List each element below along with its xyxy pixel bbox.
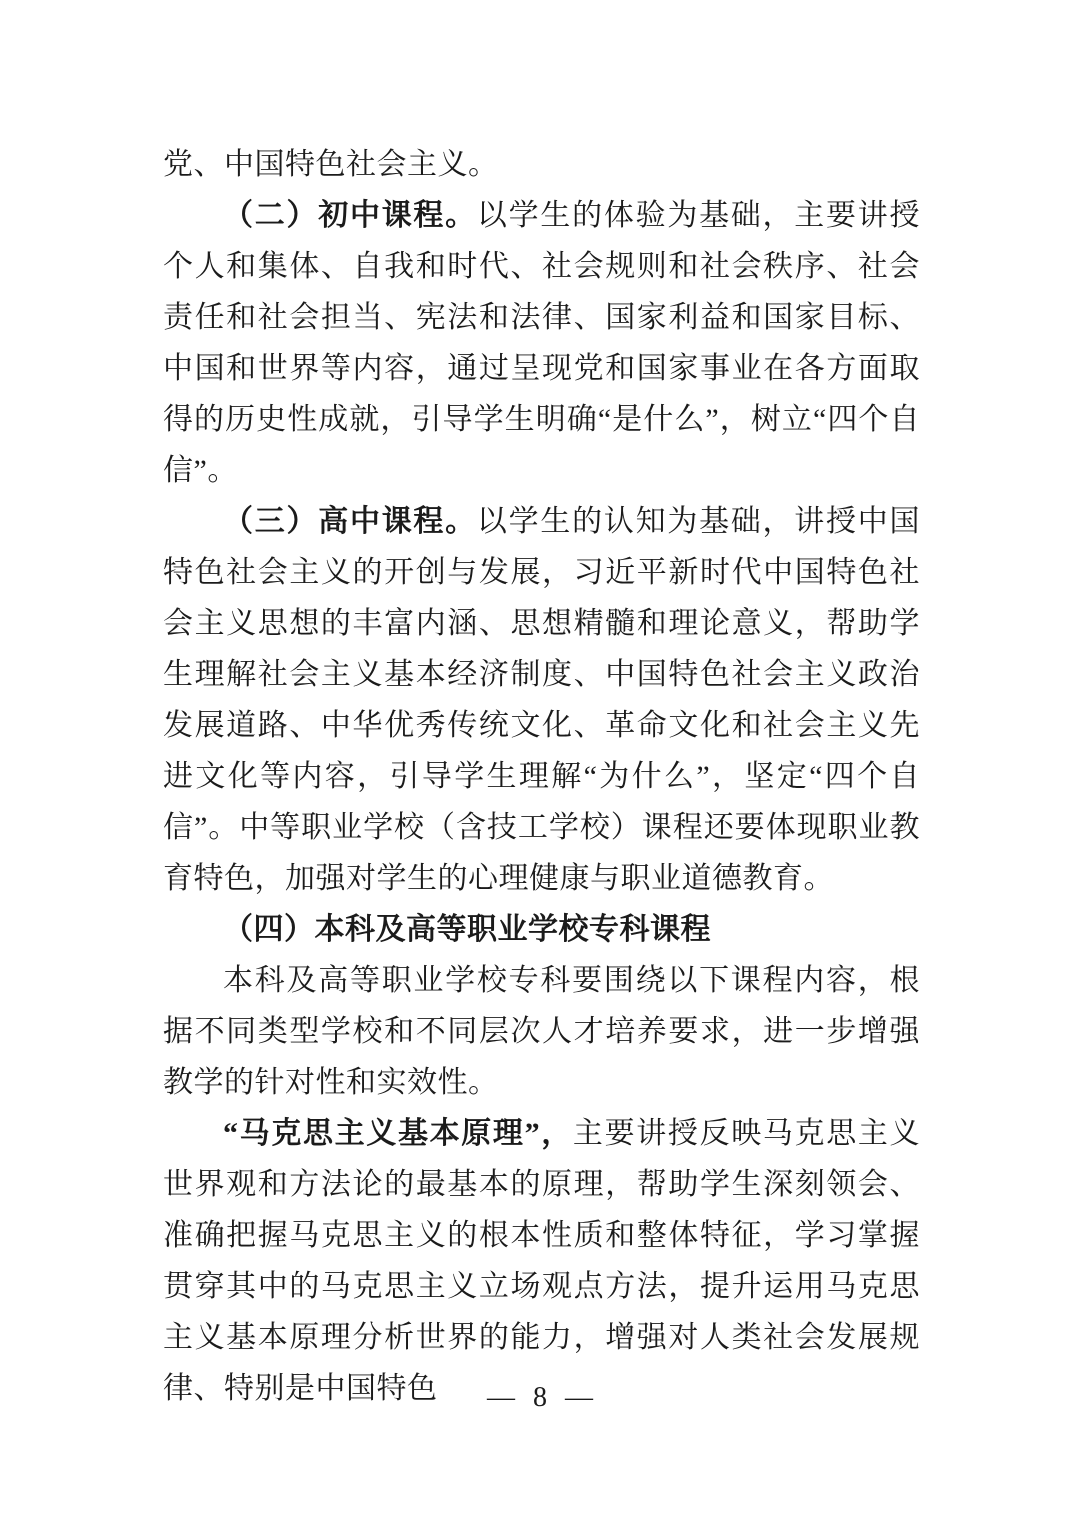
paragraph-section-4-college-heading: （四）本科及高等职业学校专科课程 bbox=[163, 904, 920, 955]
document-body: 党、中国特色社会主义。 （二）初中课程。以学生的体验为基础，主要讲授个人和集体、… bbox=[163, 139, 920, 1414]
paragraph-continuation: 党、中国特色社会主义。 bbox=[163, 139, 920, 190]
body-text-segment: 以学生的认知为基础，讲授中国特色社会主义的开创与发展，习近平新时代中国特色社会主… bbox=[163, 505, 920, 895]
paragraph-section-2-junior-high: （二）初中课程。以学生的体验为基础，主要讲授个人和集体、自我和时代、社会规则和社… bbox=[163, 190, 920, 496]
paragraph-college-intro: 本科及高等职业学校专科要围绕以下课程内容，根据不同类型学校和不同层次人才培养要求… bbox=[163, 955, 920, 1108]
footer-right-dash: — bbox=[565, 1378, 593, 1418]
page-number: 8 bbox=[533, 1378, 547, 1418]
footer-left-dash: — bbox=[487, 1378, 515, 1418]
section-heading-junior-high: （二）初中课程。 bbox=[223, 199, 477, 232]
course-title-marxism-principles: “马克思主义基本原理”， bbox=[223, 1117, 573, 1150]
paragraph-section-3-senior-high: （三）高中课程。以学生的认知为基础，讲授中国特色社会主义的开创与发展，习近平新时… bbox=[163, 496, 920, 904]
body-text-segment: 党、中国特色社会主义。 bbox=[163, 148, 499, 181]
body-text-segment: 本科及高等职业学校专科要围绕以下课程内容，根据不同类型学校和不同层次人才培养要求… bbox=[163, 964, 920, 1099]
paragraph-marxism-principles: “马克思主义基本原理”，主要讲授反映马克思主义世界观和方法论的最基本的原理，帮助… bbox=[163, 1108, 920, 1414]
page-footer: —8— bbox=[0, 1378, 1080, 1418]
body-text-segment: 主要讲授反映马克思主义世界观和方法论的最基本的原理，帮助学生深刻领会、准确把握马… bbox=[163, 1117, 920, 1405]
section-heading-senior-high: （三）高中课程。 bbox=[223, 505, 477, 538]
body-text-segment: 以学生的体验为基础，主要讲授个人和集体、自我和时代、社会规则和社会秩序、社会责任… bbox=[163, 199, 920, 487]
section-heading-college: （四）本科及高等职业学校专科课程 bbox=[223, 913, 711, 946]
document-page: { "paragraphs": [ { "indent": false, "se… bbox=[0, 0, 1080, 1526]
